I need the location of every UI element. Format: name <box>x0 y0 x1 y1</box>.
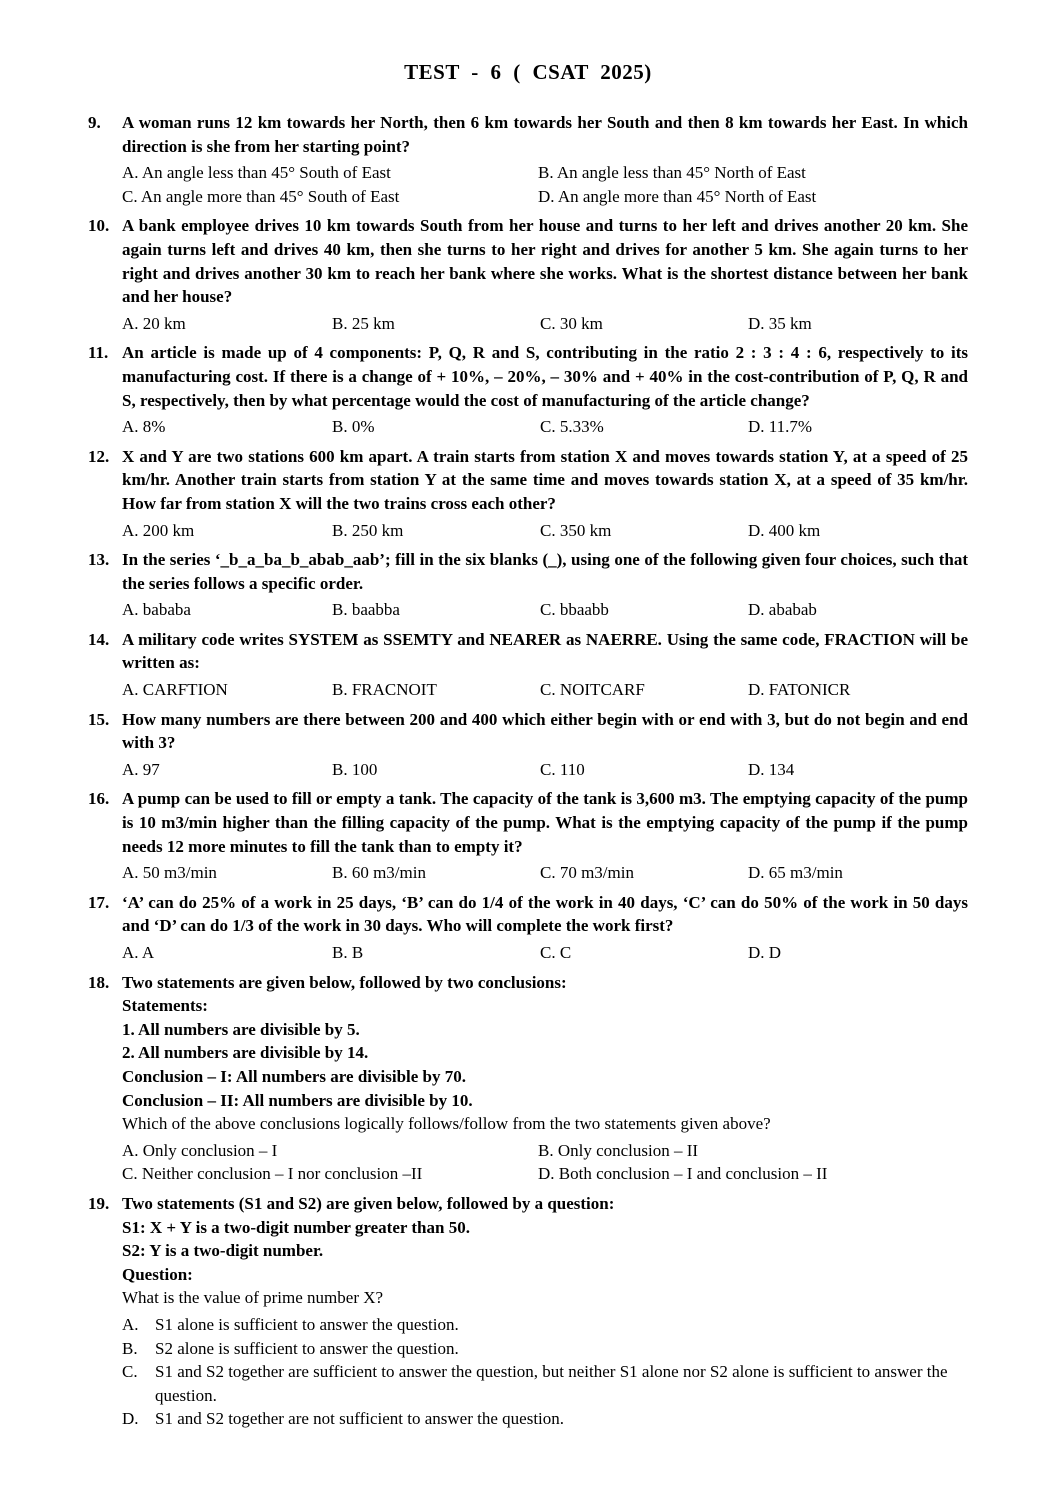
option-text: S1 alone is sufficient to answer the que… <box>155 1315 459 1334</box>
option: C. bbaabb <box>540 598 748 622</box>
options-row: A. 97B. 100C. 110D. 134 <box>122 758 968 782</box>
test-paper-page: TEST - 6 ( CSAT 2025) 9.A woman runs 12 … <box>0 0 1058 1497</box>
option: B. An angle less than 45° North of East <box>538 161 968 185</box>
option: D. 35 km <box>748 312 968 336</box>
question-number: 14. <box>88 628 109 652</box>
options-row: A. Only conclusion – IB. Only conclusion… <box>122 1139 968 1186</box>
question-text: ‘A’ can do 25% of a work in 25 days, ‘B’… <box>122 891 968 938</box>
question-text: Two statements are given below, followed… <box>122 971 968 995</box>
question-number: 10. <box>88 214 109 238</box>
options-row: A. 20 kmB. 25 kmC. 30 kmD. 35 km <box>122 312 968 336</box>
option: C. NOITCARF <box>540 678 748 702</box>
option-letter: B. <box>122 1337 138 1361</box>
question-text: 2. All numbers are divisible by 14. <box>122 1041 968 1065</box>
question-number: 9. <box>88 111 101 135</box>
option: D. D <box>748 941 968 965</box>
question-text: What is the value of prime number X? <box>122 1286 968 1310</box>
option: C. Neither conclusion – I nor conclusion… <box>122 1162 538 1186</box>
question-block: 15.How many numbers are there between 20… <box>88 708 968 782</box>
question-number: 17. <box>88 891 109 915</box>
options-row: A. 200 kmB. 250 kmC. 350 kmD. 400 km <box>122 519 968 543</box>
question-text: A pump can be used to fill or empty a ta… <box>122 787 968 858</box>
option: D. 134 <box>748 758 968 782</box>
option: A. 200 km <box>122 519 332 543</box>
option: D. 65 m3/min <box>748 861 968 885</box>
question-number: 11. <box>88 341 108 365</box>
option: A. A <box>122 941 332 965</box>
option: C. 110 <box>540 758 748 782</box>
question-block: 19.Two statements (S1 and S2) are given … <box>88 1192 968 1431</box>
question-text: Statements: <box>122 994 968 1018</box>
option-text: S1 and S2 together are sufficient to ans… <box>155 1362 948 1405</box>
question-text: Question: <box>122 1263 968 1287</box>
question-text: S1: X + Y is a two-digit number greater … <box>122 1216 968 1240</box>
option: D. ababab <box>748 598 968 622</box>
option: C. 30 km <box>540 312 748 336</box>
option: A. 20 km <box>122 312 332 336</box>
option: C. 70 m3/min <box>540 861 748 885</box>
options-row: A. 8%B. 0%C. 5.33%D. 11.7% <box>122 415 968 439</box>
option-letter: C. <box>122 1360 138 1384</box>
question-text: A bank employee drives 10 km towards Sou… <box>122 214 968 308</box>
question-number: 12. <box>88 445 109 469</box>
option: D.S1 and S2 together are not sufficient … <box>122 1407 968 1431</box>
question-text: Conclusion – II: All numbers are divisib… <box>122 1089 968 1113</box>
question-text: Conclusion – I: All numbers are divisibl… <box>122 1065 968 1089</box>
page-title: TEST - 6 ( CSAT 2025) <box>88 60 968 85</box>
options-row: A. AB. BC. CD. D <box>122 941 968 965</box>
option: D. 11.7% <box>748 415 968 439</box>
options-row: A. 50 m3/minB. 60 m3/minC. 70 m3/minD. 6… <box>122 861 968 885</box>
question-number: 16. <box>88 787 109 811</box>
option: C. C <box>540 941 748 965</box>
option: A.S1 alone is sufficient to answer the q… <box>122 1313 968 1337</box>
option: A. CARFTION <box>122 678 332 702</box>
option: A. An angle less than 45° South of East <box>122 161 538 185</box>
question-text: S2: Y is a two-digit number. <box>122 1239 968 1263</box>
option: B. 0% <box>332 415 540 439</box>
question-text: Two statements (S1 and S2) are given bel… <box>122 1192 968 1216</box>
question-number: 18. <box>88 971 109 995</box>
question-block: 13.In the series ‘_b_a_ba_b_abab_aab’; f… <box>88 548 968 622</box>
question-number: 13. <box>88 548 109 572</box>
option: A. 50 m3/min <box>122 861 332 885</box>
option-letter: D. <box>122 1407 139 1431</box>
option: B. 25 km <box>332 312 540 336</box>
question-number: 15. <box>88 708 109 732</box>
option-letter: A. <box>122 1313 139 1337</box>
question-block: 17.‘A’ can do 25% of a work in 25 days, … <box>88 891 968 965</box>
question-text: Which of the above conclusions logically… <box>122 1112 968 1136</box>
options-row: A. An angle less than 45° South of EastB… <box>122 161 968 208</box>
question-text: A military code writes SYSTEM as SSEMTY … <box>122 628 968 675</box>
options-row: A. CARFTIONB. FRACNOITC. NOITCARFD. FATO… <box>122 678 968 702</box>
option: D. Both conclusion – I and conclusion – … <box>538 1162 968 1186</box>
question-block: 11.An article is made up of 4 components… <box>88 341 968 438</box>
option: B. B <box>332 941 540 965</box>
question-block: 12.X and Y are two stations 600 km apart… <box>88 445 968 542</box>
option: C. 350 km <box>540 519 748 543</box>
option-text: S1 and S2 together are not sufficient to… <box>155 1409 564 1428</box>
options-row: A. bababaB. baabbaC. bbaabbD. ababab <box>122 598 968 622</box>
option: A. 8% <box>122 415 332 439</box>
option: D. 400 km <box>748 519 968 543</box>
option: D. FATONICR <box>748 678 968 702</box>
option-text: S2 alone is sufficient to answer the que… <box>155 1339 459 1358</box>
option: C. An angle more than 45° South of East <box>122 185 538 209</box>
option: B. FRACNOIT <box>332 678 540 702</box>
question-block: 9.A woman runs 12 km towards her North, … <box>88 111 968 208</box>
option: B. 60 m3/min <box>332 861 540 885</box>
question-text: 1. All numbers are divisible by 5. <box>122 1018 968 1042</box>
option: A. Only conclusion – I <box>122 1139 538 1163</box>
option: B. Only conclusion – II <box>538 1139 968 1163</box>
option: B.S2 alone is sufficient to answer the q… <box>122 1337 968 1361</box>
option: C. 5.33% <box>540 415 748 439</box>
question-text: An article is made up of 4 components: P… <box>122 341 968 412</box>
option: B. baabba <box>332 598 540 622</box>
options-list: A.S1 alone is sufficient to answer the q… <box>122 1313 968 1431</box>
question-text: In the series ‘_b_a_ba_b_abab_aab’; fill… <box>122 548 968 595</box>
option: B. 100 <box>332 758 540 782</box>
question-text: How many numbers are there between 200 a… <box>122 708 968 755</box>
question-number: 19. <box>88 1192 109 1216</box>
option: B. 250 km <box>332 519 540 543</box>
question-block: 16.A pump can be used to fill or empty a… <box>88 787 968 884</box>
option: A. bababa <box>122 598 332 622</box>
questions-list: 9.A woman runs 12 km towards her North, … <box>88 111 968 1431</box>
question-block: 10.A bank employee drives 10 km towards … <box>88 214 968 335</box>
option: D. An angle more than 45° North of East <box>538 185 968 209</box>
question-block: 14.A military code writes SYSTEM as SSEM… <box>88 628 968 702</box>
question-text: A woman runs 12 km towards her North, th… <box>122 111 968 158</box>
option: A. 97 <box>122 758 332 782</box>
question-block: 18.Two statements are given below, follo… <box>88 971 968 1186</box>
question-text: X and Y are two stations 600 km apart. A… <box>122 445 968 516</box>
option: C.S1 and S2 together are sufficient to a… <box>122 1360 968 1407</box>
